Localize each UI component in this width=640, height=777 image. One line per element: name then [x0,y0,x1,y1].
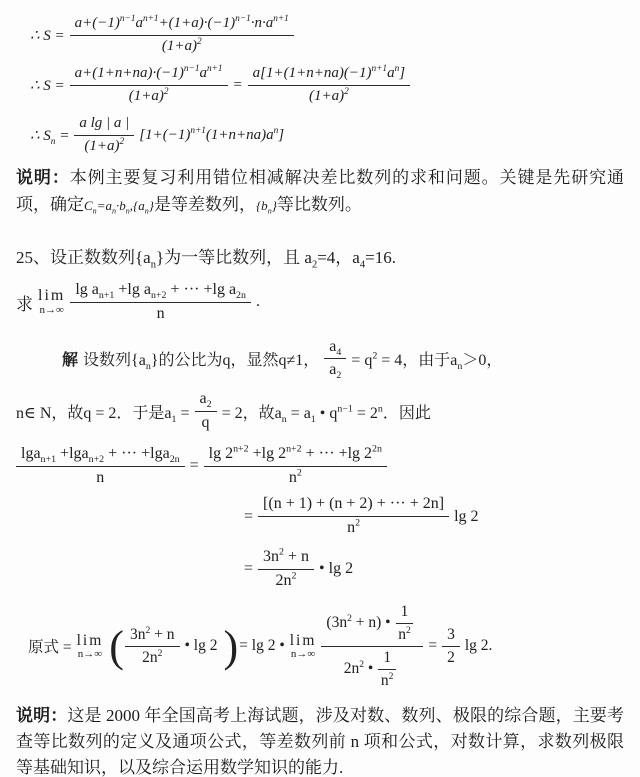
note-text-2: 是等差数列， [154,195,256,214]
fraction-numerator: (3n2 + n) • 1 n2 [321,602,423,647]
fraction-denominator: q [202,412,210,434]
big-numerator-row: (3n2 + n) • 1 n2 [326,602,418,645]
formula-3-fraction: a lg | a | (1+a)2 [74,114,134,156]
fraction-numerator: a[1+(1+n+na)(−1)n+1an] [248,64,410,86]
final-fraction-3-2: 3 2 [442,625,460,668]
solution-line-1: 解 设数列{an}的公比为q，显然q≠1， a4 a2 = q2 = 4，由于a… [62,337,624,382]
a1-fraction: a2 q [195,389,217,434]
fraction-numerator: a4 [324,337,346,360]
equation-b: = [(n + 1) + (n + 2) + ··· + 2n] n2 lg 2 [244,494,624,539]
fraction-denominator: (1+a)2 [162,36,202,57]
fraction-denominator: 2n2 [276,570,297,592]
fraction-numerator: lgan+1 +lgan+2 + ··· +lga2n [16,444,185,467]
fraction-numerator: lg an+1 +lg an+2 + ··· +lg a2n [70,280,251,303]
note-label: 说明： [16,168,70,187]
formula-line-1: ∴ S = a+(−1)n−1an+1+(1+a)·(−1)n−1·n·an+1… [30,14,624,56]
equation-a-right-fraction: lg 2n+2 +lg 2n+2 + ··· +lg 22n n2 [204,444,387,489]
big-numerator-text: (3n2 + n) • [326,613,390,633]
fraction-denominator: (1+a)2 [129,86,169,107]
fraction-numerator: 3 [442,625,460,647]
note-text-3: 等比数列。 [277,195,362,214]
final-mid: = lg 2 • [239,637,285,655]
formula-2-fraction-2: a[1+(1+n+na)(−1)n+1an] (1+a)2 [248,64,410,106]
equation-c-tail: • lg 2 [319,560,353,578]
ask-prefix: 求 [16,290,33,315]
big-denominator-row: 2n2 • 1 n2 [344,648,401,691]
note-text: 这是 2000 年全国高考上海试题，涉及对数、数列、极限的综合题，主要考查等比数… [16,706,624,777]
fraction-denominator: (1+a)2 [84,136,124,157]
fraction-numerator: a+(1+n+na)·(−1)n−1an+1 [70,64,228,86]
formula-2-lhs: ∴ S = [30,76,65,95]
limit-operator: lim n→∞ [38,288,65,316]
fraction-denominator: 2n2 [142,647,162,668]
formula-1-lhs: ∴ S = [30,26,65,45]
final-tail: lg 2. [465,637,493,655]
close-paren: ) [223,628,238,665]
equation-c-fraction: 3n2 + n 2n2 [258,547,314,592]
limit-operator: lim n→∞ [290,633,317,661]
equals-sign: = [244,560,253,578]
formula-3-tail: [1+(−1)n+1(1+n+na)an] [139,127,284,144]
solution2-text-1: n∈ N，故q = 2．于是a1 = [16,400,190,423]
fraction-numerator: 1 [378,648,396,670]
inner-fraction: 1 n2 [396,602,414,645]
note-label: 说明： [16,706,67,725]
equation-b-tail: lg 2 [454,508,478,526]
formula-line-3: ∴ Sn = a lg | a | (1+a)2 [1+(−1)n+1(1+n+… [30,114,624,156]
solution-text-1: 设数列{an}的公比为q，显然q≠1， [83,347,319,370]
lim-text: lim [38,288,65,304]
fraction-denominator: n [96,467,104,489]
fraction-numerator: a+(−1)n−1an+1+(1+a)·(−1)n−1·n·an+1 [70,14,294,36]
solution2-text-2: = 2，故an = a1 • qn−1 = 2n．因此 [222,400,431,423]
solution-line-2: n∈ N，故q = 2．于是a1 = a2 q = 2，故an = a1 • q… [16,389,624,434]
fraction-numerator: 1 [396,602,414,624]
note-paragraph-1: 说明：本例主要复习利用错位相减解决差比数列的求和问题。关键是先研究通项，确定Cn… [16,164,624,219]
inline-formula-cn: Cn=an·bn,{an} [84,198,154,213]
fraction-denominator: n2 [347,517,360,539]
fraction-denominator: n2 [381,670,394,691]
equals-sign: = [233,77,243,94]
question-period: . [256,293,260,311]
final-equation: 原式 = lim n→∞ ( 3n2 + n 2n2 • lg 2 ) = lg… [28,602,624,692]
fraction-numerator: [(n + 1) + (n + 2) + ··· + 2n] [258,494,449,517]
fraction-numerator: a2 [195,389,217,412]
final-fraction-1: 3n2 + n 2n2 [125,625,180,668]
formula-3-lhs: ∴ Sn = [30,126,69,145]
fraction-denominator: n2 [289,467,302,489]
fraction-denominator: a2 [329,359,341,381]
solution-text-2: = q2 = 4，由于an＞0， [351,347,502,370]
equation-b-fraction: [(n + 1) + (n + 2) + ··· + 2n] n2 [258,494,449,539]
note-paragraph-2: 说明：这是 2000 年全国高考上海试题，涉及对数、数列、极限的综合题，主要考查… [16,703,624,777]
fraction-numerator: 3n2 + n [125,625,180,647]
limit-operator: lim n→∞ [77,633,104,661]
formula-line-2: ∴ S = a+(1+n+na)·(−1)n−1an+1 (1+a)2 = a[… [30,64,624,106]
fraction-numerator: a lg | a | [74,114,134,136]
inline-formula-bn: {bn} [256,198,277,213]
lim-text: lim [77,633,104,649]
lim-subscript: n→∞ [78,649,102,660]
equals-sign: = [244,508,253,526]
formula-1-fraction: a+(−1)n−1an+1+(1+a)·(−1)n−1·n·an+1 (1+a)… [70,14,294,56]
inner-fraction: 1 n2 [378,648,396,691]
solution-label: 解 [62,347,78,370]
fraction-denominator: n2 [398,624,411,645]
fraction-denominator: (1+a)2 [309,86,349,107]
equation-a-left-fraction: lgan+1 +lgan+2 + ··· +lga2n n [16,444,185,489]
big-denominator-text: 2n2 • [344,659,374,679]
lim-subscript: n→∞ [291,649,315,660]
fraction-numerator: 3n2 + n [258,547,314,570]
equals-sign: = [190,457,199,475]
problem-25-question: 求 lim n→∞ lg an+1 +lg an+2 + ··· +lg a2n… [16,280,624,325]
equation-a: lgan+1 +lgan+2 + ··· +lga2n n = lg 2n+2 … [16,444,624,489]
fraction-denominator: 2n2 • 1 n2 [344,647,401,691]
fraction-denominator: n [157,303,165,325]
lim-subscript: n→∞ [40,305,64,316]
document-page: ∴ S = a+(−1)n−1an+1+(1+a)·(−1)n−1·n·an+1… [0,0,640,777]
equation-c: = 3n2 + n 2n2 • lg 2 [244,547,624,592]
ratio-fraction: a4 a2 [324,337,346,382]
formula-2-fraction-1: a+(1+n+na)·(−1)n−1an+1 (1+a)2 [70,64,228,106]
problem-25-title: 25、设正数数列{an}为一等比数列，且 a2=4，a4=16. [16,243,624,268]
final-big-fraction: (3n2 + n) • 1 n2 2n2 • 1 n2 [321,602,423,692]
equals-sign: = [428,637,437,655]
fraction-numerator: lg 2n+2 +lg 2n+2 + ··· +lg 22n [204,444,387,467]
final-label: 原式 = [28,635,72,657]
fraction-denominator: 2 [447,647,455,668]
question-fraction: lg an+1 +lg an+2 + ··· +lg a2n n [70,280,251,325]
open-paren: ( [109,628,124,665]
lim-text: lim [290,633,317,649]
final-fraction-1-tail: • lg 2 [185,637,218,655]
